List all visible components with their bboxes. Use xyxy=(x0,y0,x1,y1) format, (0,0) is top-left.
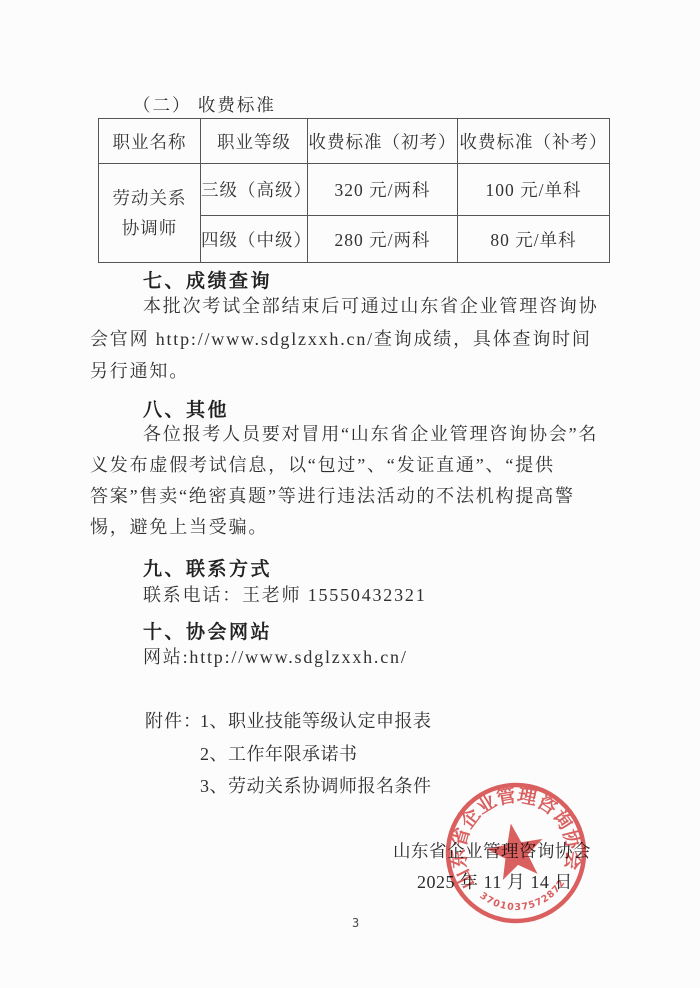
subsection-heading-fee-standard: （二） 收费标准 xyxy=(133,92,276,117)
section-heading-other: 八、其他 xyxy=(143,395,229,422)
contact-phone-line: 联系电话：王老师 15550432321 xyxy=(90,579,650,612)
occupation-name-line2: 协调师 xyxy=(99,213,200,243)
fee-table: 职业名称 职业等级 收费标准（初考） 收费标准（补考） 劳动关系 协调师 三级（… xyxy=(98,118,610,263)
attachment-item: 1、职业技能等级认定申报表 xyxy=(200,705,432,738)
paragraph-line: 各位报考人员要对冒用“山东省企业管理咨询协会”名 xyxy=(90,419,650,450)
section-body-other: 各位报考人员要对冒用“山东省企业管理咨询协会”名 义发布虚假考试信息，以“包过”… xyxy=(90,419,650,543)
signature-date: 2025 年 11 月 14 日 xyxy=(417,868,573,894)
attachments-label: 附件： xyxy=(145,705,202,738)
fee-table-cell-level: 四级（中级） xyxy=(201,216,308,263)
paragraph-line: 另行通知。 xyxy=(90,355,650,388)
fee-table-row: 劳动关系 协调师 三级（高级） 320 元/两科 100 元/单科 xyxy=(99,164,610,216)
section-body-contact: 联系电话：王老师 15550432321 xyxy=(90,579,650,612)
signature-organization: 山东省企业管理咨询协会 xyxy=(393,838,591,863)
section-heading-website: 十、协会网站 xyxy=(143,617,272,644)
fee-table-cell-first-exam: 320 元/两科 xyxy=(308,164,458,216)
fee-table-cell-first-exam: 280 元/两科 xyxy=(308,216,458,263)
paragraph-line: 惕，避免上当受骗。 xyxy=(90,512,650,543)
section-heading-contact: 九、联系方式 xyxy=(143,554,272,581)
occupation-name-line1: 劳动关系 xyxy=(99,183,200,213)
fee-table-cell-occupation: 劳动关系 协调师 xyxy=(99,164,201,263)
paragraph-line: 会官网 http://www.sdglzxxh.cn/查询成绩，具体查询时间 xyxy=(90,323,650,356)
attachment-item: 2、工作年限承诺书 xyxy=(200,738,432,771)
fee-table-cell-retake: 100 元/单科 xyxy=(458,164,610,216)
fee-table-cell-retake: 80 元/单科 xyxy=(458,216,610,263)
section-body-website: 网站:http://www.sdglzxxh.cn/ xyxy=(90,641,650,674)
attachment-item: 3、劳动关系协调师报名条件 xyxy=(200,770,432,803)
fee-table-cell-level: 三级（高级） xyxy=(201,164,308,216)
fee-table-header-level: 职业等级 xyxy=(201,119,308,164)
paragraph-line: 答案”售卖“绝密真题”等进行违法活动的不法机构提高警 xyxy=(90,481,650,512)
scanned-notice-page: { "sub_heading": "（二） 收费标准", "fee_table"… xyxy=(0,0,700,988)
fee-table-header-retake: 收费标准（补考） xyxy=(458,119,610,164)
fee-table-header-row: 职业名称 职业等级 收费标准（初考） 收费标准（补考） xyxy=(99,119,610,164)
section-body-score-inquiry: 本批次考试全部结束后可通过山东省企业管理咨询协 会官网 http://www.s… xyxy=(90,290,650,388)
fee-table-header-first-exam: 收费标准（初考） xyxy=(308,119,458,164)
website-url-line: 网站:http://www.sdglzxxh.cn/ xyxy=(90,641,650,674)
section-heading-score-inquiry: 七、成绩查询 xyxy=(143,266,272,293)
fee-table-header-occupation: 职业名称 xyxy=(99,119,201,164)
paragraph-line: 本批次考试全部结束后可通过山东省企业管理咨询协 xyxy=(90,290,650,323)
paragraph-line: 义发布虚假考试信息，以“包过”、“发证直通”、“提供 xyxy=(90,450,650,481)
attachments-list: 1、职业技能等级认定申报表 2、工作年限承诺书 3、劳动关系协调师报名条件 xyxy=(200,705,432,803)
page-number: 3 xyxy=(352,916,359,930)
